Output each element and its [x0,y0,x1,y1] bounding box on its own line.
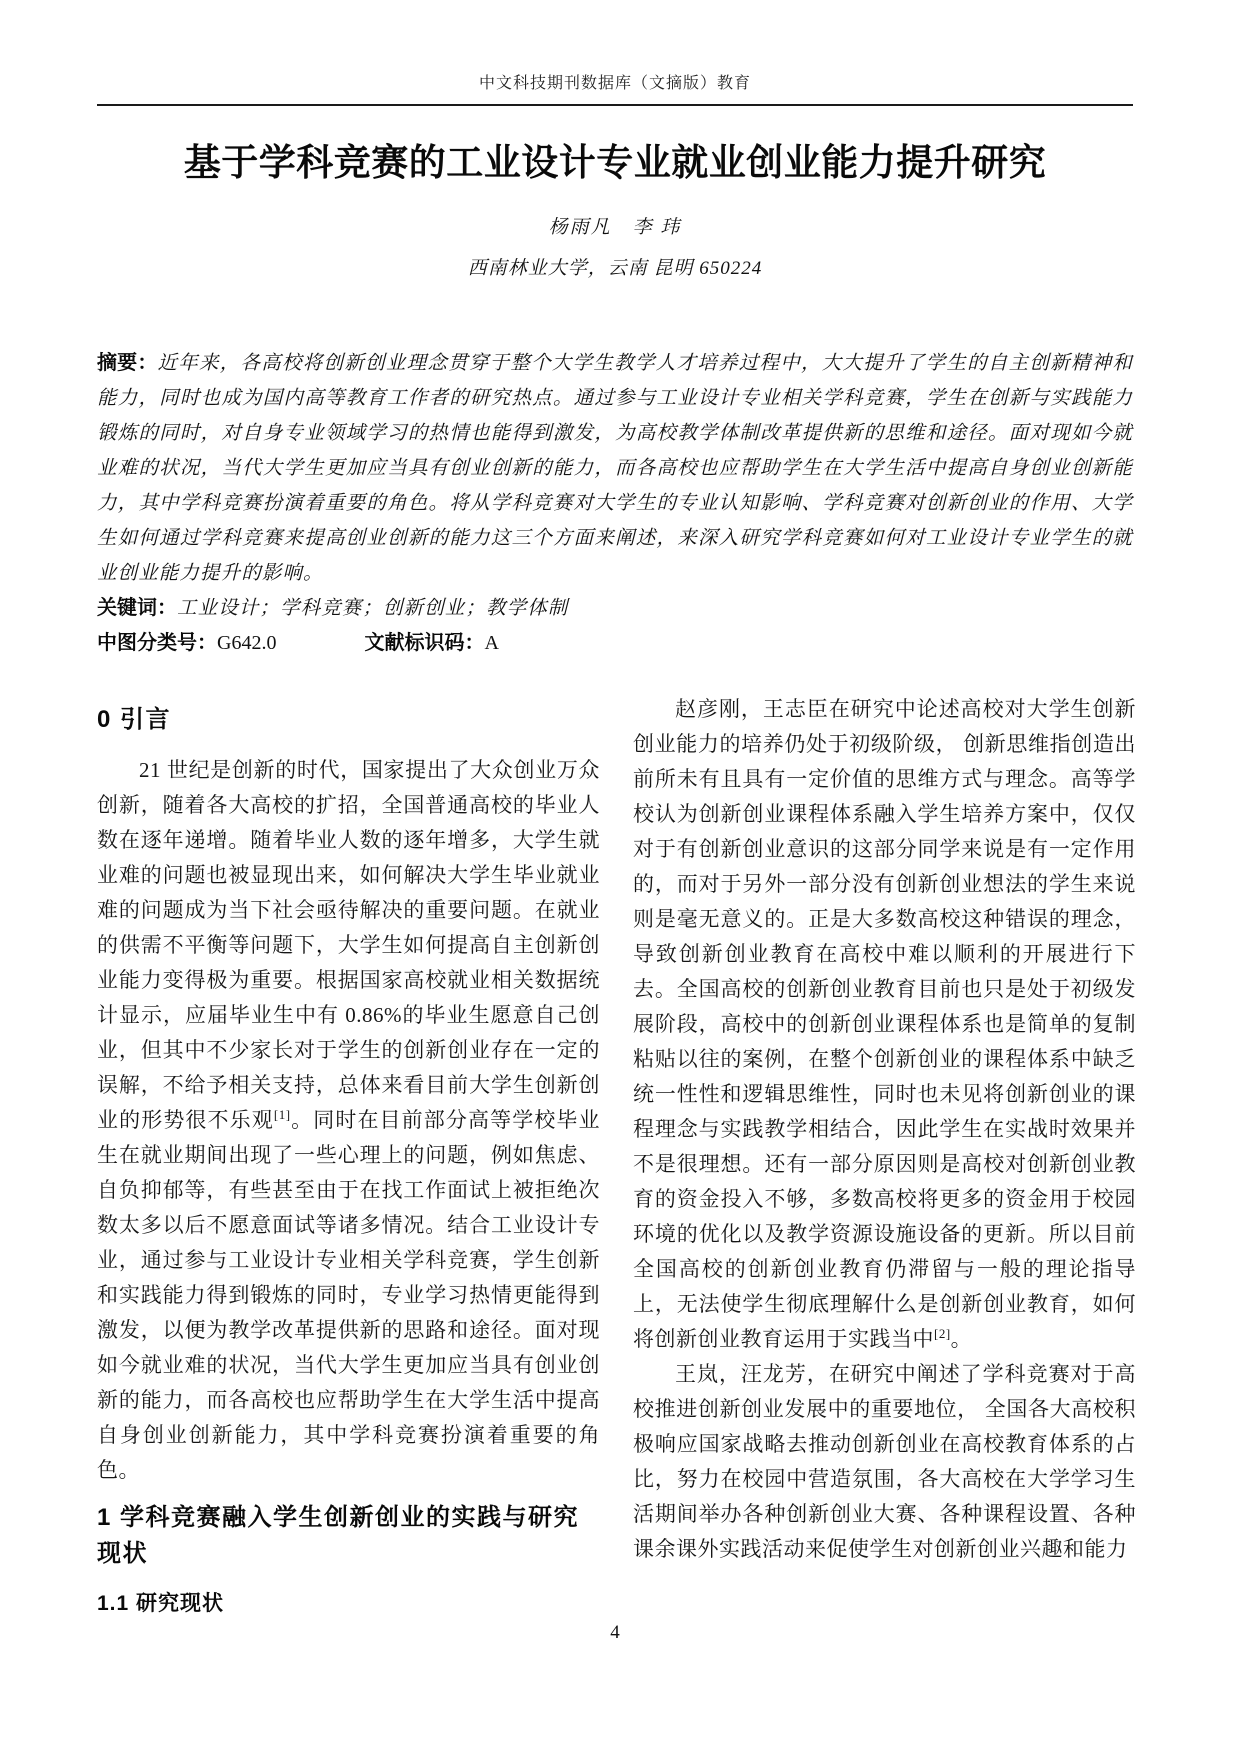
review-paragraph-2: 王岚，汪龙芳，在研究中阐述了学科竞赛对于高校推进创新创业发展中的重要地位， 全国… [633,1357,1136,1567]
paper-title: 基于学科竞赛的工业设计专业就业创业能力提升研究 [97,132,1133,186]
review-paragraph-1: 赵彦刚，王志臣在研究中论述高校对大学生创新创业能力的培养仍处于初级阶级， 创新思… [633,692,1136,1357]
abstract-block: 摘要：近年来，各高校将创新创业理念贯穿于整个大学生教学人才培养过程中，大大提升了… [97,346,1133,591]
clc-label: 中图分类号： [97,632,217,654]
left-column: 0 引言 21 世纪是创新的时代，国家提出了大众创业万众创新，随着各大高校的扩招… [97,692,600,1619]
citation-ref-1: [1] [274,1107,291,1122]
authors-line: 杨雨凡 李 玮 [97,212,1133,239]
page-content: 中文科技期刊数据库（文摘版）教育 基于学科竞赛的工业设计专业就业创业能力提升研究… [97,0,1133,1619]
citation-ref-2: [2] [934,1326,951,1341]
abstract-label: 摘要： [97,352,157,374]
clc-value: G642.0 [217,632,276,654]
intro-paragraph: 21 世纪是创新的时代，国家提出了大众创业万众创新，随着各大高校的扩招，全国普通… [97,753,600,1488]
abstract-text: 近年来，各高校将创新创业理念贯穿于整个大学生教学人才培养过程中，大大提升了学生的… [97,353,1133,584]
subsection-heading-1-1: 1.1 研究现状 [97,1589,600,1619]
database-name: 中文科技期刊数据库（文摘版）教育 [479,75,751,92]
affiliation-line: 西南林业大学，云南 昆明 650224 [97,253,1133,280]
classification-block: 中图分类号：G642.0文献标识码：A [97,626,1133,661]
intro-paragraph-part2: 。同时在目前部分高等学校毕业生在就业期间出现了一些心理上的问题，例如焦虑、自负抑… [97,1108,600,1482]
section-heading-1: 1 学科竞赛融入学生创新创业的实践与研究现状 [97,1500,600,1572]
keywords-text: 工业设计；学科竞赛；创新创业；教学体制 [177,598,568,619]
keywords-label: 关键词： [97,597,177,619]
header-rule [97,104,1133,106]
body-columns: 0 引言 21 世纪是创新的时代，国家提出了大众创业万众创新，随着各大高校的扩招… [97,692,1133,1619]
right-column: 赵彦刚，王志臣在研究中论述高校对大学生创新创业能力的培养仍处于初级阶级， 创新思… [633,692,1136,1619]
keywords-block: 关键词：工业设计；学科竞赛；创新创业；教学体制 [97,591,1133,626]
intro-paragraph-part1: 21 世纪是创新的时代，国家提出了大众创业万众创新，随着各大高校的扩招，全国普通… [97,758,600,1132]
section-heading-0: 0 引言 [97,702,600,738]
running-head: 中文科技期刊数据库（文摘版）教育 [97,0,1133,106]
paper-page: 中文科技期刊数据库（文摘版）教育 基于学科竞赛的工业设计专业就业创业能力提升研究… [0,0,1240,1753]
page-number: 4 [97,1622,1133,1644]
review-paragraph-1-part1: 赵彦刚，王志臣在研究中论述高校对大学生创新创业能力的培养仍处于初级阶级， 创新思… [633,697,1136,1351]
doc-code-value: A [484,632,498,654]
doc-code-label: 文献标识码： [364,632,484,654]
review-paragraph-1-part2: 。 [951,1327,973,1351]
